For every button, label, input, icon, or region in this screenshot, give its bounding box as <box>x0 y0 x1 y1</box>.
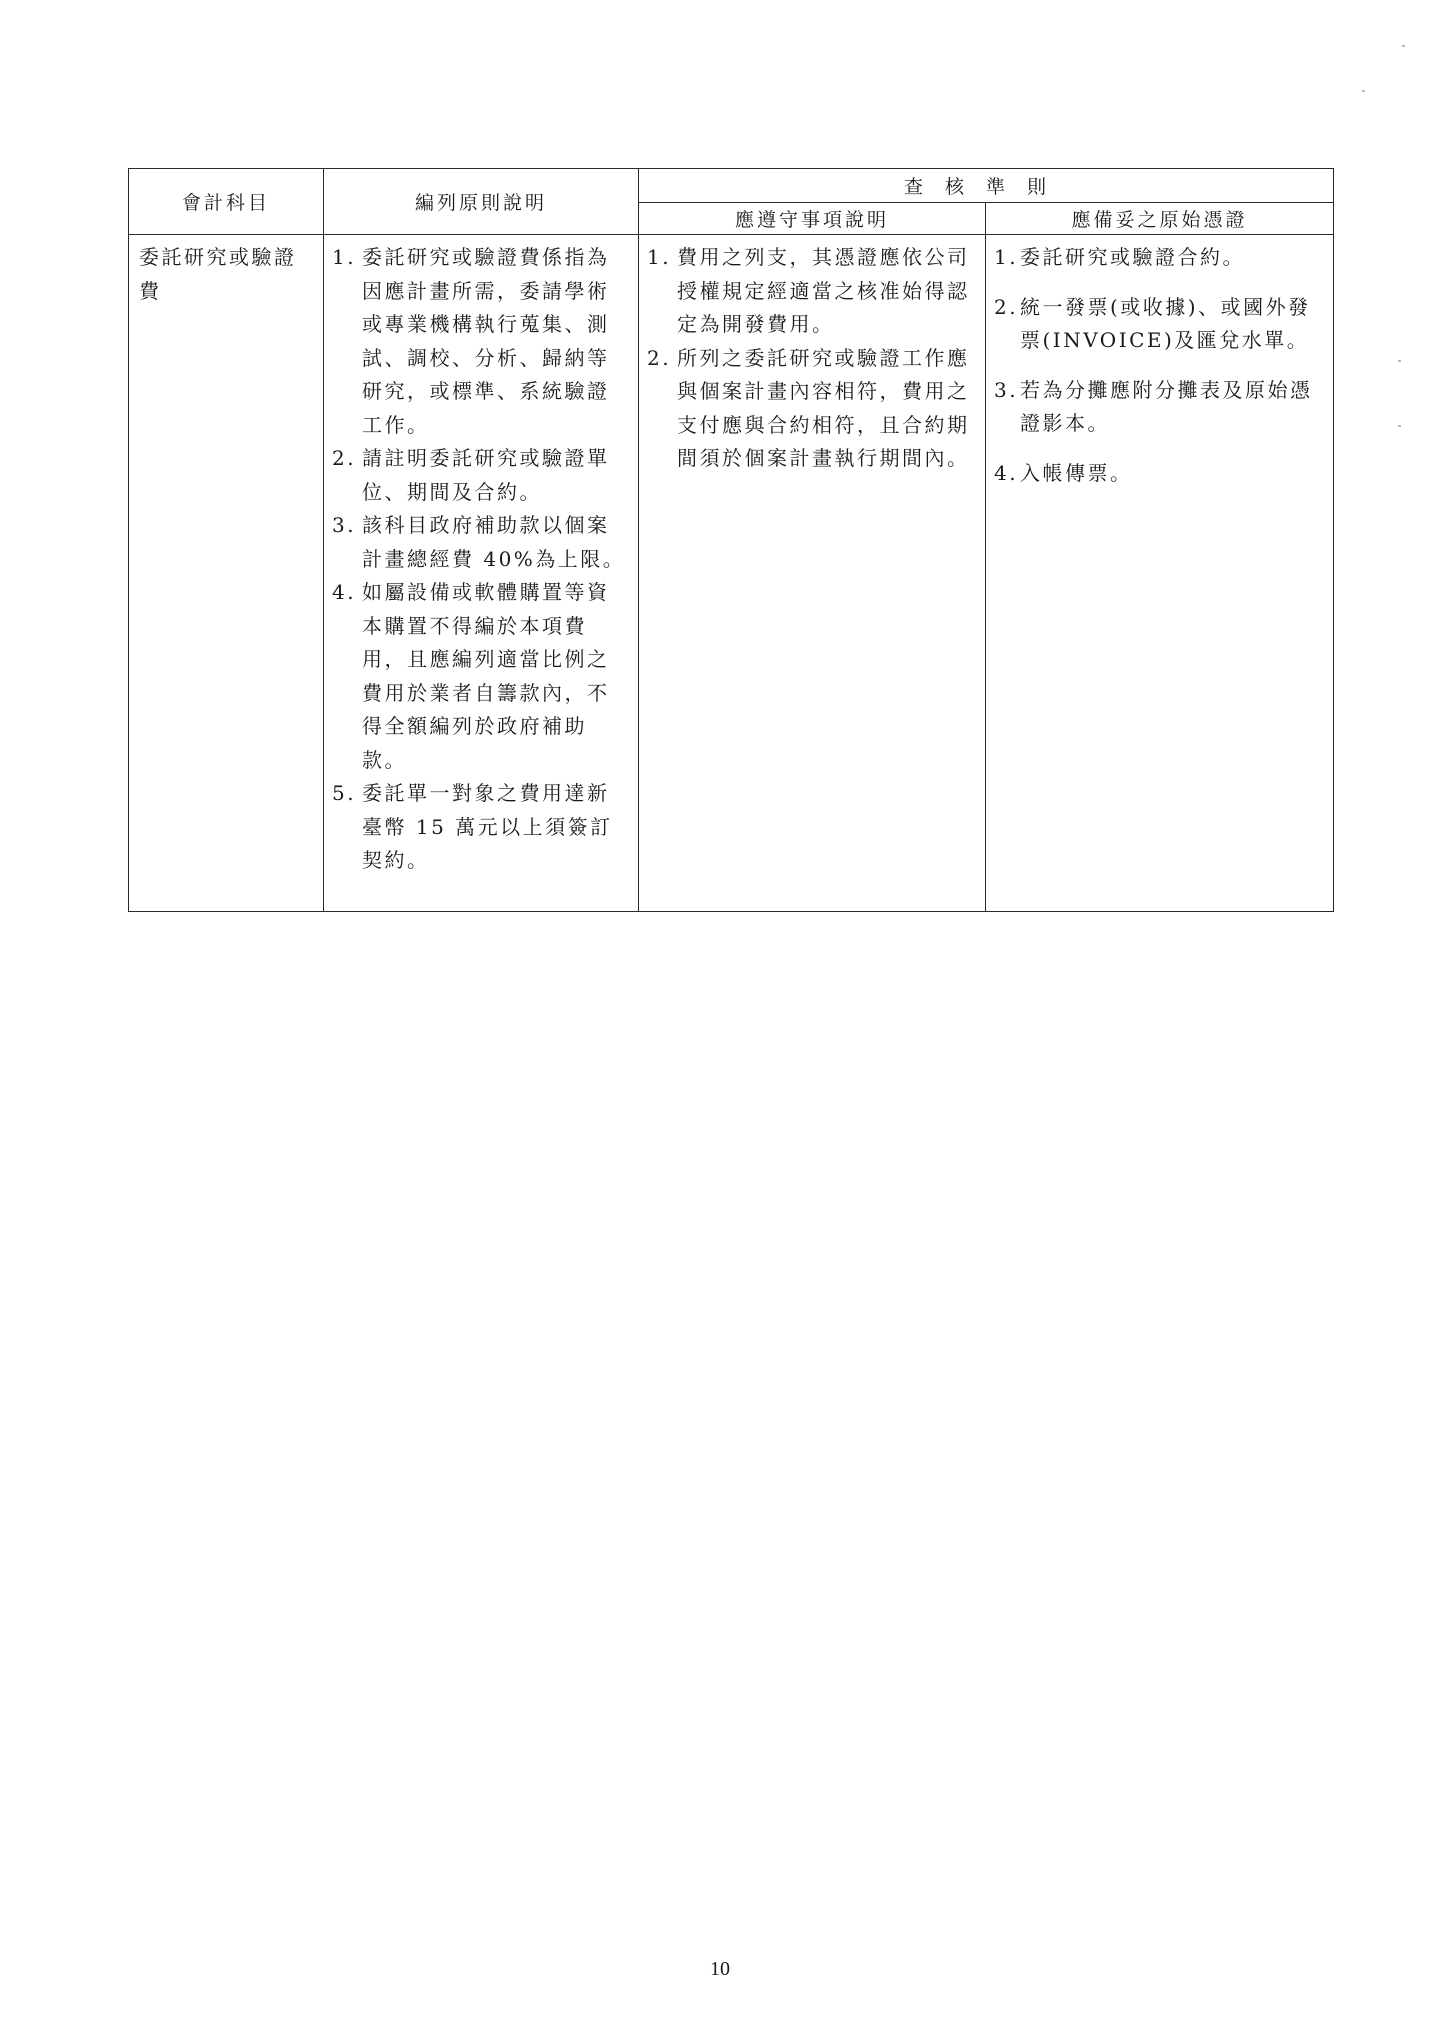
list-item: 3.若為分攤應附分攤表及原始憑證影本。 <box>994 374 1323 441</box>
list-item: 3.該科目政府補助款以個案計畫總經費 40%為上限。 <box>332 509 628 576</box>
item-number: 3. <box>994 374 1020 441</box>
list-item: 4.入帳傳票。 <box>994 457 1323 491</box>
header-account-subject: 會計科目 <box>129 169 324 235</box>
item-text: 委託研究或驗證費係指為因應計畫所需，委請學術或專業機構執行蒐集、測試、調校、分析… <box>362 241 628 442</box>
item-text: 委託單一對象之費用達新臺幣 15 萬元以上須簽訂契約。 <box>362 777 628 878</box>
header-audit-criteria: 查核準則 <box>639 169 1334 203</box>
item-number: 3. <box>332 509 362 576</box>
cell-budget-principles: 1.委託研究或驗證費係指為因應計畫所需，委請學術或專業機構執行蒐集、測試、調校、… <box>324 235 639 912</box>
cell-account-subject: 委託研究或驗證費 <box>129 235 324 912</box>
page-number: 10 <box>0 1958 1440 1981</box>
list-item: 1.委託研究或驗證費係指為因應計畫所需，委請學術或專業機構執行蒐集、測試、調校、… <box>332 241 628 442</box>
item-text: 費用之列支，其憑證應依公司授權規定經適當之核准始得認定為開發費用。 <box>677 241 975 342</box>
list-item: 4.如屬設備或軟體購置等資本購置不得編於本項費用，且應編列適當比例之費用於業者自… <box>332 576 628 777</box>
item-text: 請註明委託研究或驗證單位、期間及合約。 <box>362 442 628 509</box>
item-text: 所列之委託研究或驗證工作應與個案計畫內容相符，費用之支付應與合約相符，且合約期間… <box>677 342 975 476</box>
item-number: 1. <box>994 241 1020 275</box>
list-item: 2.所列之委託研究或驗證工作應與個案計畫內容相符，費用之支付應與合約相符，且合約… <box>647 342 975 476</box>
header-original-vouchers: 應備妥之原始憑證 <box>986 203 1334 235</box>
item-text: 如屬設備或軟體購置等資本購置不得編於本項費用，且應編列適當比例之費用於業者自籌款… <box>362 576 628 777</box>
header-budget-principle: 編列原則說明 <box>324 169 639 235</box>
item-number: 4. <box>994 457 1020 491</box>
original-vouchers-list: 1.委託研究或驗證合約。 2.統一發票(或收據)、或國外發票(INVOICE)及… <box>986 235 1333 510</box>
scan-speck <box>1398 425 1401 427</box>
item-text: 該科目政府補助款以個案計畫總經費 40%為上限。 <box>362 509 628 576</box>
item-number: 5. <box>332 777 362 878</box>
audit-criteria-table: 會計科目 編列原則說明 查核準則 應遵守事項說明 應備妥之原始憑證 委託研究或驗… <box>128 168 1334 912</box>
item-number: 1. <box>647 241 677 342</box>
scan-speck <box>1398 360 1401 362</box>
item-text: 統一發票(或收據)、或國外發票(INVOICE)及匯兌水單。 <box>1020 291 1323 358</box>
item-number: 1. <box>332 241 362 442</box>
compliance-items-list: 1.費用之列支，其憑證應依公司授權規定經適當之核准始得認定為開發費用。 2.所列… <box>639 235 985 480</box>
cell-compliance-items: 1.費用之列支，其憑證應依公司授權規定經適當之核准始得認定為開發費用。 2.所列… <box>639 235 986 912</box>
budget-principles-list: 1.委託研究或驗證費係指為因應計畫所需，委請學術或專業機構執行蒐集、測試、調校、… <box>324 235 638 882</box>
header-compliance-items: 應遵守事項說明 <box>639 203 986 235</box>
cell-original-vouchers: 1.委託研究或驗證合約。 2.統一發票(或收據)、或國外發票(INVOICE)及… <box>986 235 1334 912</box>
item-text: 入帳傳票。 <box>1020 457 1323 491</box>
list-item: 1.費用之列支，其憑證應依公司授權規定經適當之核准始得認定為開發費用。 <box>647 241 975 342</box>
item-number: 2. <box>647 342 677 476</box>
item-number: 2. <box>332 442 362 509</box>
item-number: 4. <box>332 576 362 777</box>
list-item: 2.請註明委託研究或驗證單位、期間及合約。 <box>332 442 628 509</box>
scan-speck <box>1402 45 1405 47</box>
scan-speck <box>1362 90 1365 92</box>
item-text: 委託研究或驗證合約。 <box>1020 241 1323 275</box>
list-item: 1.委託研究或驗證合約。 <box>994 241 1323 275</box>
item-number: 2. <box>994 291 1020 358</box>
list-item: 5.委託單一對象之費用達新臺幣 15 萬元以上須簽訂契約。 <box>332 777 628 878</box>
list-item: 2.統一發票(或收據)、或國外發票(INVOICE)及匯兌水單。 <box>994 291 1323 358</box>
item-text: 若為分攤應附分攤表及原始憑證影本。 <box>1020 374 1323 441</box>
